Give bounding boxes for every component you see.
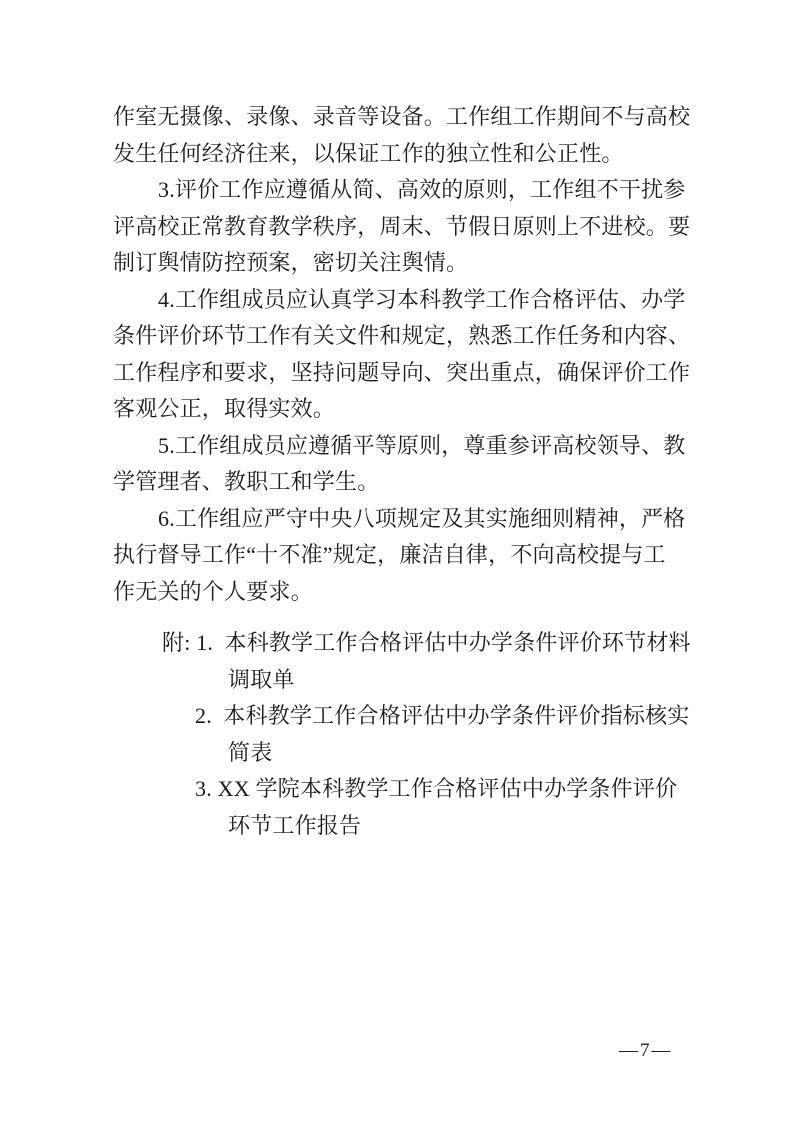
body-line: 学管理者、教职工和学生。 [113, 464, 713, 501]
attachment-list: 附: 1. 本科教学工作合格评估中办学条件评价环节材料 调取单 2. 本科教学工… [113, 625, 713, 844]
attachment-line: 3. XX 学院本科教学工作合格评估中办学条件评价 [113, 771, 713, 808]
body-line: 执行督导工作“十不准”规定，廉洁自律，不向高校提与工 [113, 537, 713, 574]
body-line: 4.工作组成员应认真学习本科教学工作合格评估、办学 [113, 282, 713, 319]
body-line: 条件评价环节工作有关文件和规定，熟悉工作任务和内容、 [113, 318, 713, 355]
body-line: 3.评价工作应遵循从简、高效的原则，工作组不干扰参 [113, 172, 713, 209]
body-line: 工作程序和要求，坚持问题导向、突出重点，确保评价工作 [113, 355, 713, 392]
body-line: 客观公正，取得实效。 [113, 391, 713, 428]
document-body: 作室无摄像、录像、录音等设备。工作组工作期间不与高校 发生任何经济往来，以保证工… [113, 99, 713, 610]
attachment-line: 简表 [113, 735, 713, 772]
attachment-line: 2. 本科教学工作合格评估中办学条件评价指标核实 [113, 698, 713, 735]
body-line: 作无关的个人要求。 [113, 574, 713, 611]
attachment-line: 环节工作报告 [113, 808, 713, 845]
page-number: —7— [619, 1038, 673, 1064]
body-line: 5.工作组成员应遵循平等原则，尊重参评高校领导、教 [113, 428, 713, 465]
body-line: 发生任何经济往来，以保证工作的独立性和公正性。 [113, 136, 713, 173]
body-line: 6.工作组应严守中央八项规定及其实施细则精神，严格 [113, 501, 713, 538]
body-line: 作室无摄像、录像、录音等设备。工作组工作期间不与高校 [113, 99, 713, 136]
body-line: 制订舆情防控预案，密切关注舆情。 [113, 245, 713, 282]
attachment-line: 附: 1. 本科教学工作合格评估中办学条件评价环节材料 [113, 625, 713, 662]
attachment-line: 调取单 [113, 662, 713, 699]
document-page: 作室无摄像、录像、录音等设备。工作组工作期间不与高校 发生任何经济往来，以保证工… [0, 0, 793, 1122]
body-line: 评高校正常教育教学秩序，周末、节假日原则上不进校。要 [113, 209, 713, 246]
